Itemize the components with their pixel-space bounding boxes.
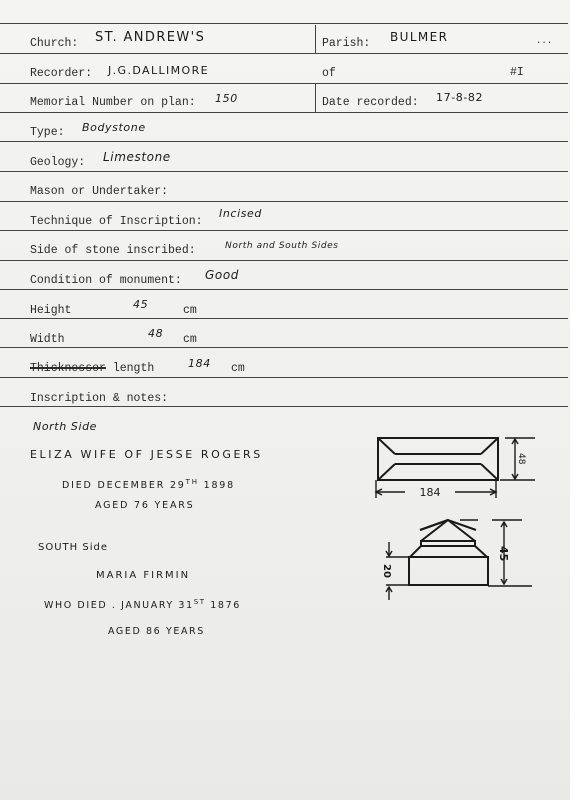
type-label: Type:	[30, 126, 65, 139]
type-value: Bodystone	[82, 121, 146, 134]
church-value: ST. ANDREW'S	[95, 30, 205, 45]
form-rule	[0, 230, 568, 231]
height-unit: cm	[183, 304, 197, 317]
south-year: 1876	[206, 600, 241, 611]
north-died-text: DIED DECEMBER 29	[62, 480, 186, 491]
south-line-3: AGED 86 YEARS	[108, 626, 205, 637]
height-value: 45	[133, 298, 148, 311]
length-label-row: Thicknessor length	[30, 362, 154, 375]
form-rule	[0, 347, 568, 348]
memorial-number-label: Memorial Number on plan:	[30, 96, 196, 109]
parish-value: BULMER	[390, 30, 448, 44]
mason-label: Mason or Undertaker:	[30, 185, 168, 198]
geology-value: Limestone	[103, 150, 171, 164]
height-label: Height	[30, 304, 71, 317]
south-died-text: WHO DIED . JANUARY 31	[44, 600, 194, 611]
width-unit: cm	[183, 333, 197, 346]
date-recorded-label: Date recorded:	[322, 96, 419, 109]
column-divider	[315, 25, 316, 53]
condition-value: Good	[205, 268, 239, 282]
elevation-sketch: 20 45	[370, 510, 540, 610]
north-year: 1898	[199, 480, 235, 491]
plan-view-sketch: 184 48	[360, 420, 540, 510]
form-rule	[0, 171, 568, 172]
form-rule	[0, 53, 568, 54]
side-inscribed-label: Side of stone inscribed:	[30, 244, 196, 257]
form-rule	[0, 83, 568, 84]
memorial-record-form: Church: ST. ANDREW'S Parish: BULMER ... …	[0, 0, 572, 800]
of-label: of	[322, 67, 336, 80]
form-rule	[0, 406, 568, 407]
form-rule	[0, 112, 568, 113]
length-unit: cm	[231, 362, 245, 375]
form-rule	[0, 377, 568, 378]
north-ordinal: TH	[186, 478, 199, 486]
form-rule	[0, 260, 568, 261]
side-inscribed-value: North and South Sides	[225, 241, 339, 251]
length-label: length	[113, 362, 154, 375]
recorder-value: J.G.DALLIMORE	[108, 64, 209, 77]
of-value: #I	[510, 66, 524, 79]
memorial-number-value: 150	[215, 92, 238, 105]
elevation-total-height-label: 45	[497, 546, 510, 561]
geology-label: Geology:	[30, 156, 85, 169]
elevation-base-height-label: 20	[381, 564, 392, 578]
scan-margin	[570, 0, 582, 800]
south-ordinal: ST	[194, 598, 206, 606]
plan-length-label: 184	[420, 486, 441, 499]
or-struck: or	[92, 362, 106, 375]
width-label: Width	[30, 333, 65, 346]
column-divider	[315, 84, 316, 112]
north-line-3: AGED 76 YEARS	[95, 500, 194, 511]
form-rule	[0, 201, 568, 202]
south-line-2: WHO DIED . JANUARY 31ST 1876	[44, 598, 241, 611]
form-rule	[0, 289, 568, 290]
inscription-label: Inscription & notes:	[30, 392, 168, 405]
parish-mark: ...	[536, 36, 552, 46]
technique-label: Technique of Inscription:	[30, 215, 203, 228]
thickness-struck-label: Thickness	[30, 362, 92, 375]
recorder-label: Recorder:	[30, 67, 92, 80]
form-rule	[0, 318, 568, 319]
south-line-1: MARIA FIRMIN	[96, 570, 190, 581]
form-rule	[0, 23, 568, 24]
north-side-heading: North Side	[33, 420, 97, 433]
north-line-2: DIED DECEMBER 29TH 1898	[62, 478, 235, 491]
church-label: Church:	[30, 37, 78, 50]
north-line-1: ELIZA WIFE OF JESSE ROGERS	[30, 448, 263, 461]
length-value: 184	[188, 357, 211, 370]
technique-value: Incised	[219, 207, 262, 220]
plan-width-label: 48	[516, 453, 526, 465]
form-rule	[0, 141, 568, 142]
south-side-heading: SOUTH Side	[38, 542, 108, 553]
date-recorded-value: 17-8-82	[436, 91, 483, 104]
width-value: 48	[148, 327, 163, 340]
condition-label: Condition of monument:	[30, 274, 182, 287]
parish-label: Parish:	[322, 37, 370, 50]
